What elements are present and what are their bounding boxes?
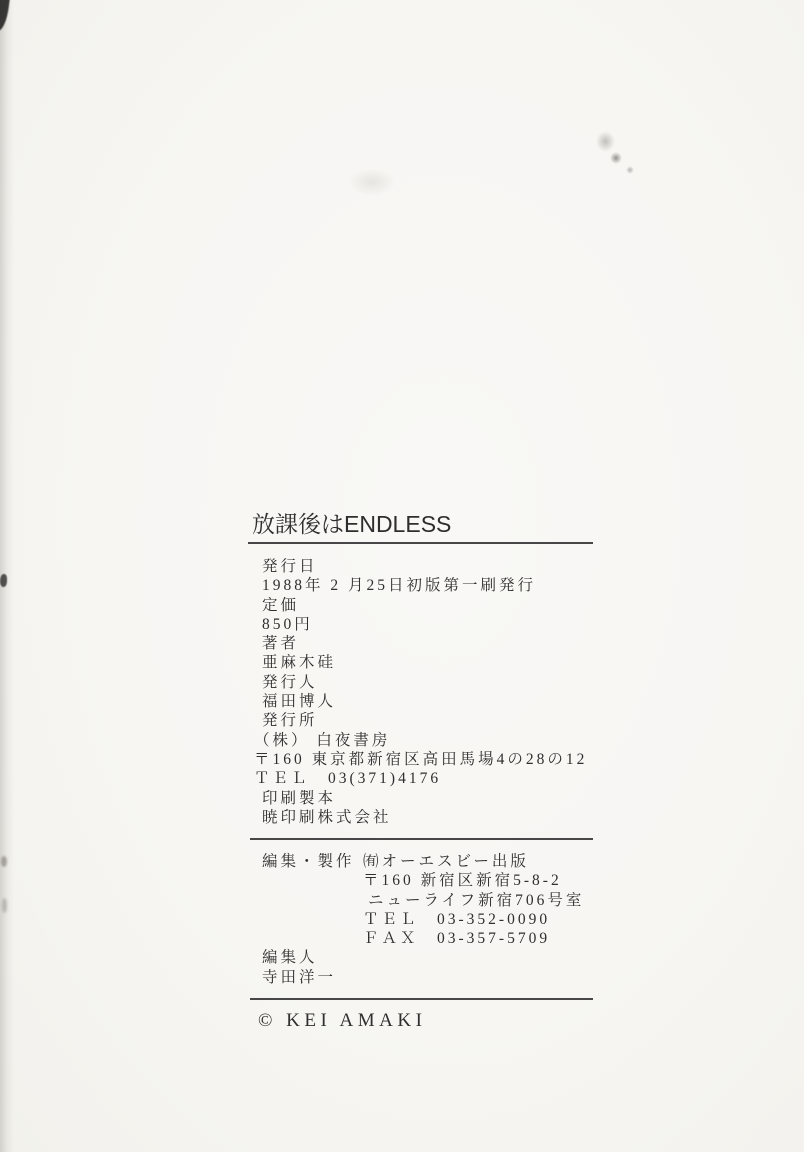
editing-publisher: ㈲オーエスビー出版 xyxy=(363,852,529,871)
scan-smudge xyxy=(596,131,615,152)
colophon-line-price-label: 定価 xyxy=(254,596,614,615)
editor-name: 寺田洋一 xyxy=(254,968,614,987)
book-title: 放課後はENDLESS xyxy=(252,509,451,539)
publication-info: 発行日 1988年 2 月25日初版第一刷発行 定価 850円 著者 亜麻木硅 … xyxy=(254,557,614,827)
editing-label: 編集・製作 xyxy=(254,852,363,871)
colophon-line-publisher-person-label: 発行人 xyxy=(254,673,614,692)
colophon-line-publisher-tel: ＴＥＬ 03(371)4176 xyxy=(254,769,614,788)
colophon-line-printing-label: 印刷製本 xyxy=(254,789,614,808)
title-divider xyxy=(248,542,593,544)
scan-smudge xyxy=(348,168,396,196)
footer-divider xyxy=(250,998,593,1000)
scan-smudge xyxy=(626,166,634,174)
ink-speck xyxy=(2,898,7,913)
colophon-line-price: 850円 xyxy=(254,615,614,634)
editing-fax: ＦＡＸ 03-357-5709 xyxy=(254,929,614,948)
colophon-line-issue-date-label: 発行日 xyxy=(254,557,614,576)
ink-speck xyxy=(0,574,7,587)
colophon-line-author-label: 著者 xyxy=(254,634,614,653)
colophon-line-author: 亜麻木硅 xyxy=(254,653,614,672)
scan-smudge xyxy=(610,152,622,164)
section-divider xyxy=(250,838,593,840)
editing-tel: ＴＥＬ 03-352-0090 xyxy=(254,910,614,929)
copyright-notice: © KEI AMAKI xyxy=(258,1008,426,1034)
colophon-line-publisher-person: 福田博人 xyxy=(254,692,614,711)
editor-label: 編集人 xyxy=(254,948,614,967)
ink-speck xyxy=(1,856,7,867)
editing-address-2: ニューライフ新宿706号室 xyxy=(254,891,614,910)
colophon-line-issue-date: 1988年 2 月25日初版第一刷発行 xyxy=(254,576,614,595)
editing-info: 編集・製作 ㈲オーエスビー出版 〒160 新宿区新宿5-8-2 ニューライフ新宿… xyxy=(254,852,614,987)
editing-address-1: 〒160 新宿区新宿5-8-2 xyxy=(254,871,614,890)
colophon-page: 放課後はENDLESS 発行日 1988年 2 月25日初版第一刷発行 定価 8… xyxy=(0,0,804,1152)
colophon-line-printing-company: 暁印刷株式会社 xyxy=(254,808,614,827)
colophon-line-publisher-address: 〒160 東京都新宿区高田馬場4の28の12 xyxy=(254,750,614,769)
colophon-line-publisher: （株） 白夜書房 xyxy=(254,731,614,750)
editing-row: 編集・製作 ㈲オーエスビー出版 xyxy=(254,852,614,871)
colophon-line-publisher-label: 発行所 xyxy=(254,711,614,730)
